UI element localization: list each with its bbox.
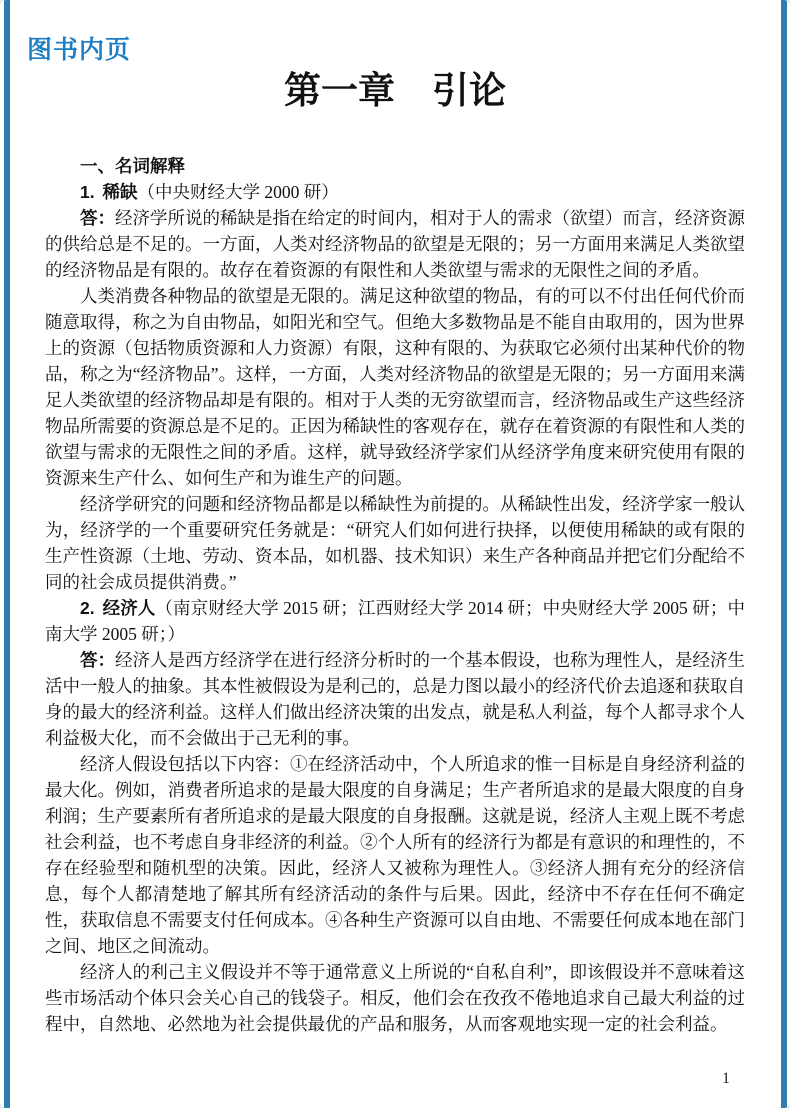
question-1-number: 1. [80,182,95,202]
question-1-heading: 1.稀缺（中央财经大学 2000 研） [45,179,745,205]
answer-text: 经济学所说的稀缺是指在给定的时间内，相对于人的需求（欲望）而言，经济资源的供给总… [45,208,745,280]
question-1-source: （中央财经大学 2000 研） [137,182,338,202]
question-1-term: 稀缺 [102,182,137,202]
question-2-heading: 2.经济人（南京财经大学 2015 研；江西财经大学 2014 研；中央财经大学… [45,595,745,647]
right-accent-bar [781,0,787,1108]
question-2-answer-paragraph: 答：经济人是西方经济学在进行经济分析时的一个基本假设，也称为理性人，是经济生活中… [45,647,745,751]
answer-label: 答： [80,650,115,670]
page-number: 1 [722,1070,730,1088]
question-2-term: 经济人 [102,598,155,618]
question-2-number: 2. [80,598,95,618]
question-1-answer-paragraph: 人类消费各种物品的欲望是无限的。满足这种欲望的物品，有的可以不付出任何代价而随意… [45,283,745,491]
page-content: 第一章 引论 一、名词解释 1.稀缺（中央财经大学 2000 研） 答：经济学所… [45,0,745,1037]
chapter-title: 第一章 引论 [45,70,745,114]
left-accent-bar [4,0,10,1108]
question-1-answer-paragraph: 答：经济学所说的稀缺是指在给定的时间内，相对于人的需求（欲望）而言，经济资源的供… [45,205,745,283]
book-page: 图书内页 第一章 引论 一、名词解释 1.稀缺（中央财经大学 2000 研） 答… [0,0,790,1108]
answer-label: 答： [80,208,115,228]
body-text: 一、名词解释 1.稀缺（中央财经大学 2000 研） 答：经济学所说的稀缺是指在… [45,153,745,1037]
question-2-answer-paragraph: 经济人假设包括以下内容：①在经济活动中，个人所追求的惟一目标是自身经济利益的最大… [45,751,745,959]
answer-text: 经济人是西方经济学在进行经济分析时的一个基本假设，也称为理性人，是经济生活中一般… [45,650,745,748]
question-1-answer-paragraph: 经济学研究的问题和经济物品都是以稀缺性为前提的。从稀缺性出发，经济学家一般认为，… [45,491,745,595]
section-heading: 一、名词解释 [45,153,745,179]
question-2-answer-paragraph: 经济人的利己主义假设并不等于通常意义上所说的“自私自利”，即该假设并不意味着这些… [45,959,745,1037]
